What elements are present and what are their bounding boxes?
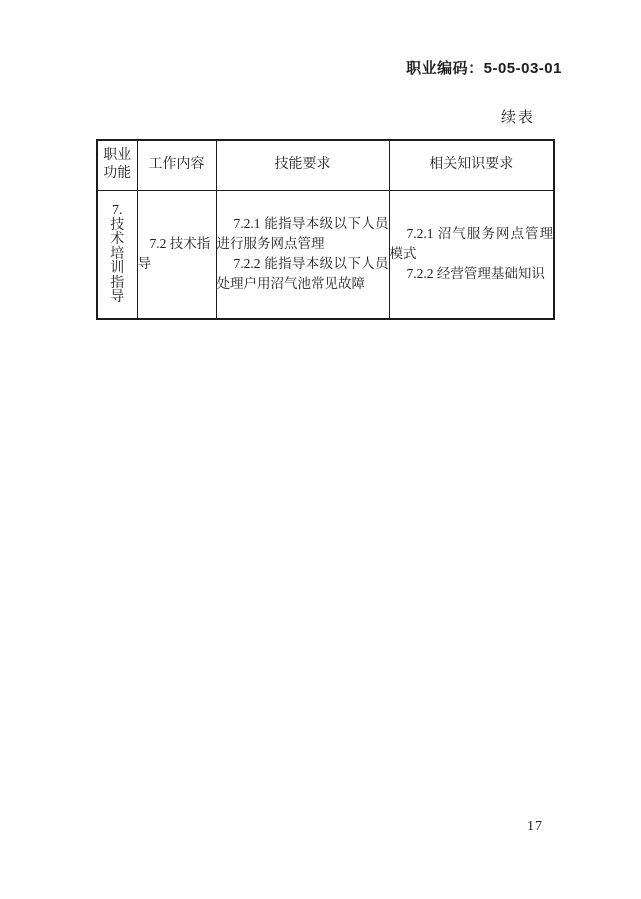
function-number: 7.	[112, 203, 123, 218]
cell-knowledge-requirements: 7.2.1 沼气服务网点管理模式 7.2.2 经营管理基础知识	[389, 190, 554, 319]
table-header-row: 职业功能 工作内容 技能要求 相关知识要求	[97, 140, 554, 190]
page-number: 17	[522, 819, 548, 835]
knowledge-item: 7.2.1 沼气服务网点管理模式	[390, 224, 554, 264]
document-page: 职业编码：5-05-03-01 续表 职业功能 工作内容 技能要求 相关知识要求…	[0, 0, 641, 899]
knowledge-item: 7.2.2 经营管理基础知识	[390, 264, 554, 284]
function-name-vertical-text: 技术培训指导	[110, 219, 125, 306]
cell-skill-requirements: 7.2.1 能指导本级以下人员进行服务网点管理 7.2.2 能指导本级以下人员处…	[216, 190, 389, 319]
continued-table-label: 续表	[501, 106, 535, 127]
skill-item: 7.2.1 能指导本级以下人员进行服务网点管理	[217, 214, 389, 254]
header-work-content: 工作内容	[137, 140, 216, 190]
requirements-table: 职业功能 工作内容 技能要求 相关知识要求 7. 技术培训指导 7.2 技术指导	[96, 139, 555, 320]
cell-occupational-function: 7. 技术培训指导	[97, 190, 137, 319]
skill-item: 7.2.2 能指导本级以下人员处理户用沼气池常见故障	[217, 254, 389, 294]
cell-work-content: 7.2 技术指导	[137, 190, 216, 319]
occupation-code-label: 职业编码：5-05-03-01	[406, 57, 562, 78]
occupational-function-block: 7. 技术培训指导	[98, 203, 137, 306]
header-occupational-function: 职业功能	[97, 140, 137, 190]
header-skill-requirements: 技能要求	[216, 140, 389, 190]
table-row: 7. 技术培训指导 7.2 技术指导 7.2.1 能指导本级以下人员进行服务网点…	[97, 190, 554, 319]
header-knowledge-requirements: 相关知识要求	[389, 140, 554, 190]
work-content-text: 7.2 技术指导	[138, 234, 216, 274]
